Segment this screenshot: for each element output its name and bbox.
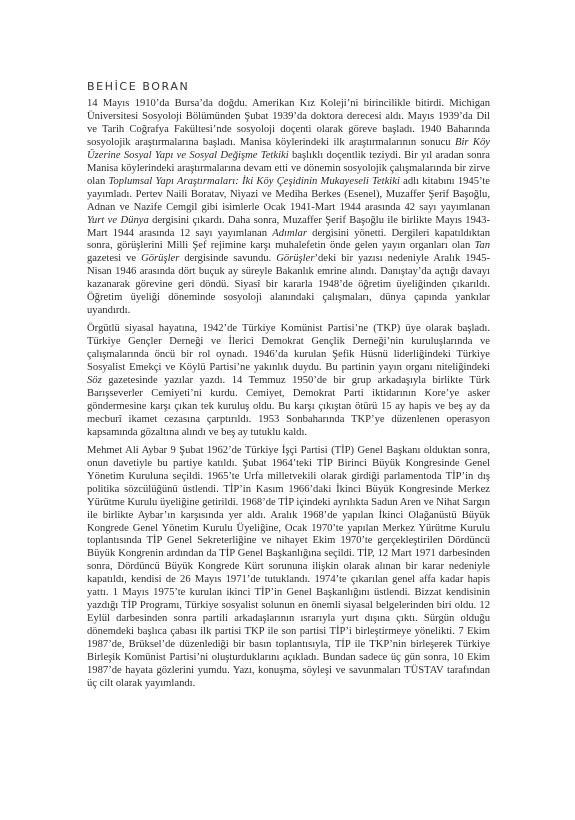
paragraph-tip-years: Mehmet Ali Aybar 9 Şubat 1962’de Türkiye… (87, 445, 490, 691)
newspaper-title-italic: Söz (87, 375, 102, 386)
biography-heading: BEHİCE BORAN (87, 80, 490, 94)
text-segment: gazetesi ve (87, 253, 141, 264)
text-segment: gazetesinde yazılar yazdı. 14 Temmuz 195… (87, 375, 490, 438)
text-segment: Örgütlü siyasal hayatına, 1942’de Türkiy… (87, 323, 490, 373)
journal-title-italic: Adımlar (272, 228, 307, 239)
journal-title-italic: Görüşler (141, 253, 179, 264)
paragraph-academic-career: 14 Mayıs 1910’da Bursa’da doğdu. Amerika… (87, 98, 490, 318)
journal-title-italic: Görüşler (276, 253, 314, 264)
text-segment: Mehmet Ali Aybar 9 Şubat 1962’de Türkiye… (87, 445, 490, 689)
newspaper-title-italic: Tan (474, 240, 490, 251)
text-segment: 14 Mayıs 1910’da Bursa’da doğdu. Amerika… (87, 98, 490, 148)
journal-title-italic: Yurt ve Dünya (87, 215, 149, 226)
document-page: BEHİCE BORAN 14 Mayıs 1910’da Bursa’da d… (87, 80, 490, 696)
book-title-italic: Toplumsal Yapı Araştırmaları: İki Köy Çe… (108, 176, 399, 187)
paragraph-political-life: Örgütlü siyasal hayatına, 1942’de Türkiy… (87, 323, 490, 440)
text-segment: dergisinde savundu. (179, 253, 276, 264)
